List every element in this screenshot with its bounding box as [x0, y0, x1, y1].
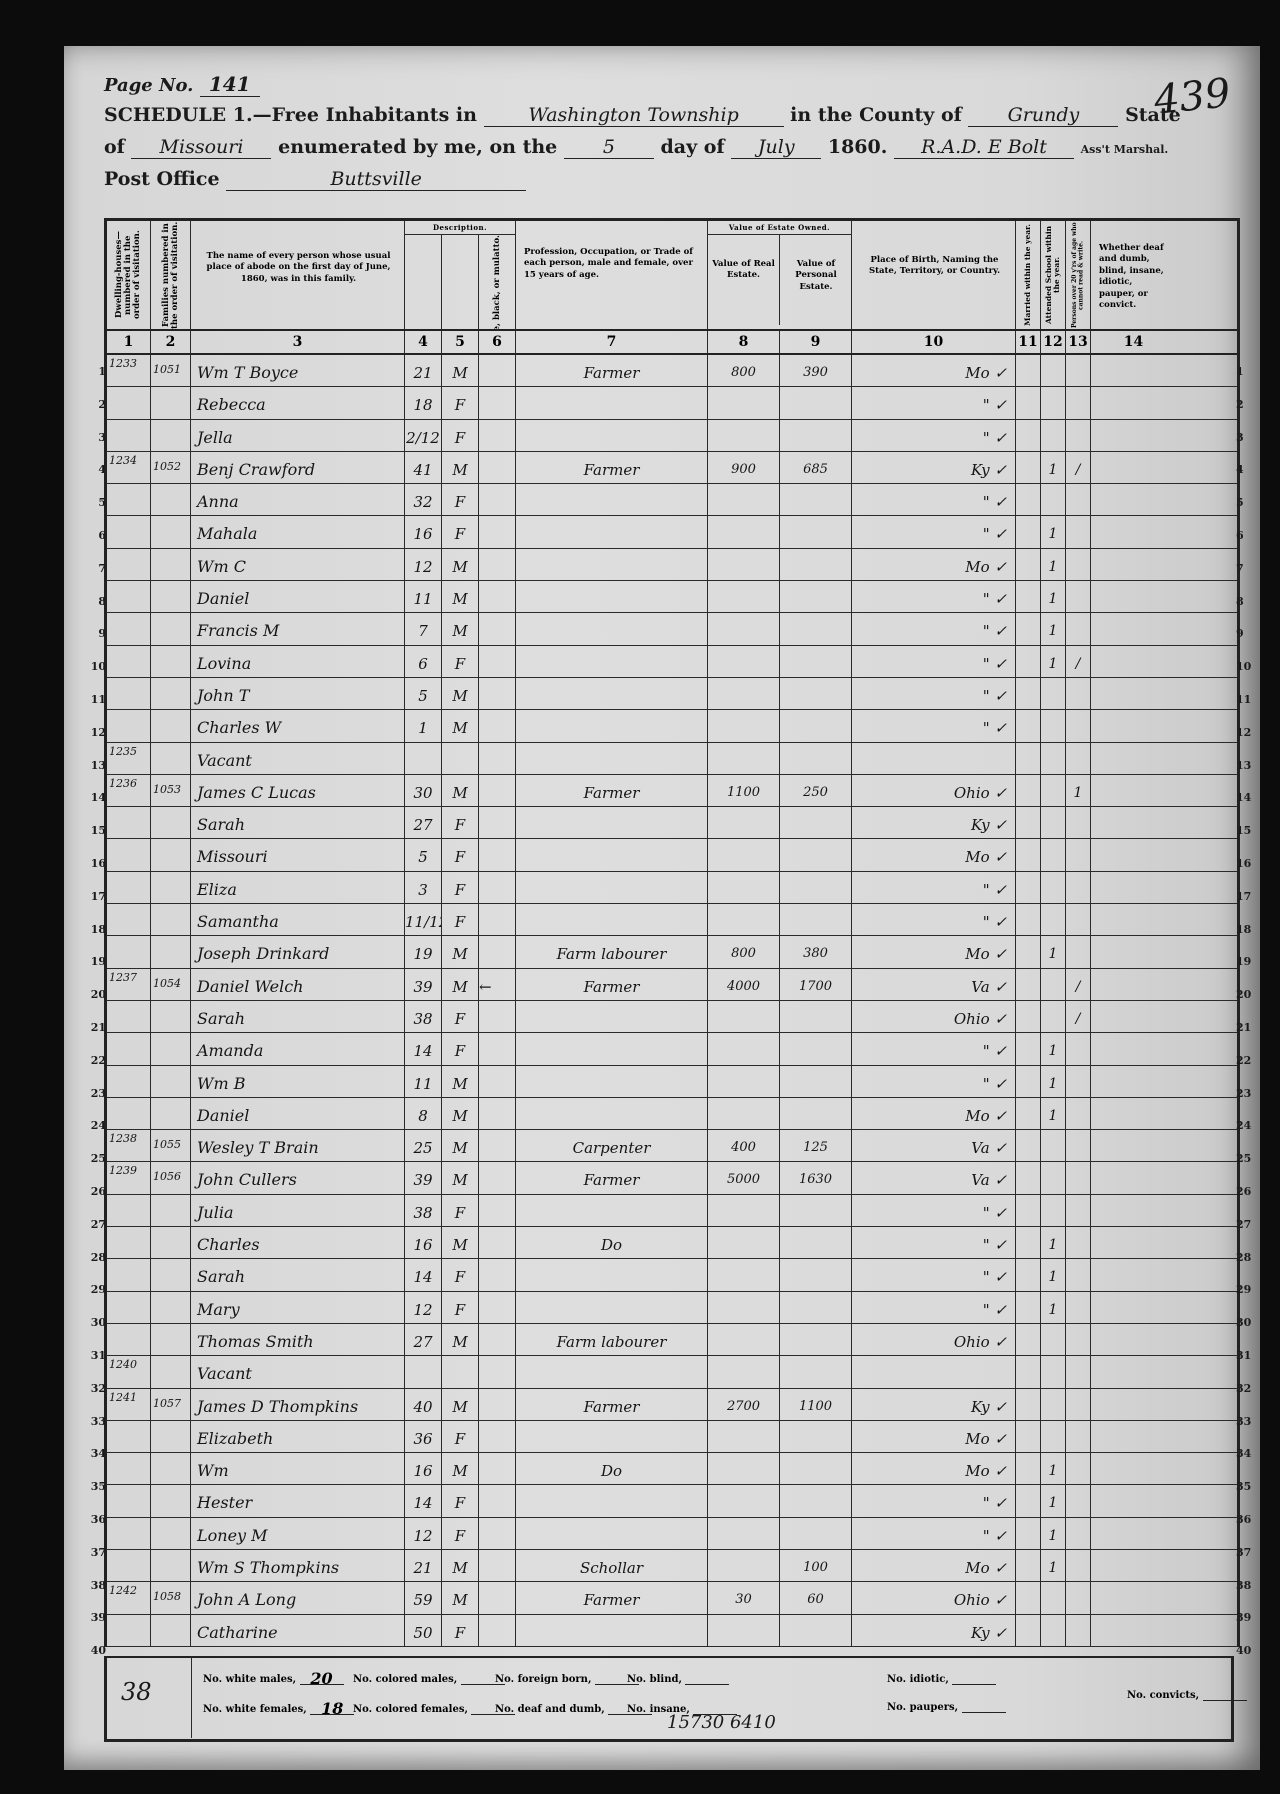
sex: M: [442, 549, 479, 580]
person-name: Vacant: [191, 1356, 405, 1387]
dwelling-number: 1234: [107, 452, 151, 483]
place-of-birth: Mo ✓: [852, 1453, 1016, 1484]
place-of-birth: " ✓: [852, 646, 1016, 677]
line-number: 34: [1236, 1447, 1258, 1460]
occupation: [516, 1098, 708, 1129]
occupation: [516, 420, 708, 451]
real-estate-value: [708, 646, 780, 677]
age: 11/12: [405, 904, 442, 935]
dwelling-number: 1237: [107, 969, 151, 1000]
attended-school: 1: [1041, 452, 1066, 483]
color: [479, 1582, 516, 1613]
occupation: [516, 1001, 708, 1032]
col-header-7: Profession, Occupation, or Trade of each…: [516, 221, 708, 329]
table-row: Catharine50FKy ✓: [107, 1615, 1237, 1647]
age: 14: [405, 1259, 442, 1290]
dwelling-number: [107, 1227, 151, 1258]
family-number: [151, 1098, 191, 1129]
attended-school: 1: [1041, 581, 1066, 612]
attended-school: 1: [1041, 1550, 1066, 1581]
occupation: Farm labourer: [516, 1324, 708, 1355]
cannot-read-write: [1066, 1162, 1091, 1193]
color: [479, 743, 516, 774]
line-number: 36: [84, 1513, 106, 1526]
table-row: Eliza3F" ✓: [107, 872, 1237, 904]
occupation: [516, 646, 708, 677]
infirmity: [1091, 387, 1176, 418]
color: [479, 1033, 516, 1064]
sex: F: [442, 1485, 479, 1516]
cannot-read-write: [1066, 355, 1091, 386]
place-of-birth: Ohio ✓: [852, 1001, 1016, 1032]
table-row: 12331051Wm T Boyce21MFarmer800390Mo ✓: [107, 355, 1237, 387]
color: [479, 1098, 516, 1129]
place-of-birth: " ✓: [852, 1033, 1016, 1064]
dwelling-number: [107, 1615, 151, 1646]
col-header-5: Sex.: [442, 235, 479, 329]
occupation: [516, 678, 708, 709]
occupation: [516, 710, 708, 741]
person-name: Mahala: [191, 516, 405, 547]
line-number: 33: [84, 1415, 106, 1428]
occupation: Farmer: [516, 775, 708, 806]
infirmity: [1091, 936, 1176, 967]
personal-estate-value: [780, 581, 852, 612]
personal-estate-value: [780, 516, 852, 547]
cannot-read-write: /: [1066, 969, 1091, 1000]
place-of-birth: " ✓: [852, 516, 1016, 547]
line-number: 37: [1236, 1546, 1258, 1559]
cannot-read-write: [1066, 1389, 1091, 1420]
sex: F: [442, 1259, 479, 1290]
cannot-read-write: [1066, 1356, 1091, 1387]
color: [479, 1001, 516, 1032]
line-number: 1: [84, 365, 106, 378]
line-number: 21: [84, 1021, 106, 1034]
family-number: [151, 1259, 191, 1290]
real-estate-value: [708, 872, 780, 903]
cannot-read-write: /: [1066, 646, 1091, 677]
person-name: Hester: [191, 1485, 405, 1516]
attended-school: 1: [1041, 1098, 1066, 1129]
place-of-birth: " ✓: [852, 1259, 1016, 1290]
line-number: 28: [84, 1251, 106, 1264]
col-header-10: Place of Birth, Naming the State, Territ…: [852, 221, 1016, 329]
cannot-read-write: [1066, 678, 1091, 709]
occupation: Schollar: [516, 1550, 708, 1581]
cannot-read-write: [1066, 1582, 1091, 1613]
infirmity: [1091, 710, 1176, 741]
age: 38: [405, 1001, 442, 1032]
line-number: 18: [1236, 923, 1258, 936]
line-number: 34: [84, 1447, 106, 1460]
attended-school: [1041, 775, 1066, 806]
real-estate-value: [708, 1453, 780, 1484]
attended-school: [1041, 355, 1066, 386]
family-number: [151, 581, 191, 612]
attended-school: [1041, 1324, 1066, 1355]
color: [479, 1227, 516, 1258]
line-number: 32: [1236, 1382, 1258, 1395]
personal-estate-value: [780, 1615, 852, 1646]
person-name: Catharine: [191, 1615, 405, 1646]
attended-school: [1041, 1421, 1066, 1452]
infirmity: [1091, 1518, 1176, 1549]
family-number: [151, 872, 191, 903]
personal-estate-value: [780, 1518, 852, 1549]
infirmity: [1091, 1324, 1176, 1355]
attended-school: [1041, 420, 1066, 451]
line-number: 9: [84, 627, 106, 640]
color: [479, 549, 516, 580]
age: 16: [405, 1453, 442, 1484]
dwelling-number: 1241: [107, 1389, 151, 1420]
place-of-birth: Ohio ✓: [852, 775, 1016, 806]
line-number: 31: [1236, 1349, 1258, 1362]
attended-school: [1041, 743, 1066, 774]
occupation: [516, 807, 708, 838]
table-row: Missouri5FMo ✓: [107, 839, 1237, 871]
age: 32: [405, 484, 442, 515]
person-name: John A Long: [191, 1582, 405, 1613]
cannot-read-write: [1066, 1098, 1091, 1129]
married-within-year: [1016, 1324, 1041, 1355]
real-estate-value: [708, 1195, 780, 1226]
infirmity: [1091, 1582, 1176, 1613]
cannot-read-write: [1066, 1259, 1091, 1290]
sex: M: [442, 452, 479, 483]
age: 27: [405, 807, 442, 838]
color: [479, 1162, 516, 1193]
personal-estate-value: [780, 387, 852, 418]
occupation: Farmer: [516, 355, 708, 386]
table-row: 12341052Benj Crawford41MFarmer900685Ky ✓…: [107, 452, 1237, 484]
person-name: Mary: [191, 1292, 405, 1323]
dwelling-number: [107, 1421, 151, 1452]
table-body: 12331051Wm T Boyce21MFarmer800390Mo ✓Reb…: [107, 355, 1237, 1647]
cannot-read-write: [1066, 613, 1091, 644]
person-name: John T: [191, 678, 405, 709]
infirmity: [1091, 1389, 1176, 1420]
occupation: [516, 1421, 708, 1452]
married-within-year: [1016, 613, 1041, 644]
census-page: Page No. 141 439 SCHEDULE 1.—Free Inhabi…: [64, 46, 1260, 1770]
real-estate-value: [708, 1292, 780, 1323]
occupation: [516, 1356, 708, 1387]
table-row: Wm C12MMo ✓1: [107, 549, 1237, 581]
person-name: Sarah: [191, 1259, 405, 1290]
attended-school: [1041, 1162, 1066, 1193]
infirmity: [1091, 1421, 1176, 1452]
place-of-birth: Mo ✓: [852, 839, 1016, 870]
table-row: Joseph Drinkard19MFarm labourer800380Mo …: [107, 936, 1237, 968]
line-number: 22: [84, 1054, 106, 1067]
cannot-read-write: [1066, 581, 1091, 612]
personal-estate-value: 250: [780, 775, 852, 806]
infirmity: [1091, 872, 1176, 903]
county-field: Grundy: [968, 104, 1118, 127]
married-within-year: [1016, 1066, 1041, 1097]
line-number: 38: [84, 1579, 106, 1592]
real-estate-value: [708, 484, 780, 515]
estate-group-header: Value of Estate Owned. Value of Real Est…: [708, 221, 852, 329]
age: 38: [405, 1195, 442, 1226]
infirmity: [1091, 1356, 1176, 1387]
age: 39: [405, 1162, 442, 1193]
color: [479, 839, 516, 870]
real-estate-value: 1100: [708, 775, 780, 806]
table-row: Loney M12F" ✓1: [107, 1518, 1237, 1550]
dwelling-number: [107, 839, 151, 870]
person-name: Wm: [191, 1453, 405, 1484]
personal-estate-value: 125: [780, 1130, 852, 1161]
family-number: [151, 1324, 191, 1355]
real-estate-value: 30: [708, 1582, 780, 1613]
line-number: 20: [1236, 988, 1258, 1001]
infirmity: [1091, 1033, 1176, 1064]
married-within-year: [1016, 710, 1041, 741]
personal-estate-value: [780, 1098, 852, 1129]
place-of-birth: Mo ✓: [852, 549, 1016, 580]
attended-school: 1: [1041, 1292, 1066, 1323]
real-estate-value: [708, 710, 780, 741]
place-of-birth: [852, 1356, 1016, 1387]
color: [479, 387, 516, 418]
table-row: Charles W1M" ✓: [107, 710, 1237, 742]
sex: F: [442, 387, 479, 418]
table-row: Jella2/12F" ✓: [107, 420, 1237, 452]
place-of-birth: [852, 743, 1016, 774]
color: [479, 1356, 516, 1387]
line-number: 24: [84, 1119, 106, 1132]
table-row: 1240Vacant: [107, 1356, 1237, 1388]
attended-school: [1041, 969, 1066, 1000]
table-row: Francis M7M" ✓1: [107, 613, 1237, 645]
line-number: 11: [84, 693, 106, 706]
personal-estate-value: [780, 1033, 852, 1064]
colored-females-count: No. colored females,: [353, 1704, 515, 1715]
person-name: Missouri: [191, 839, 405, 870]
line-number: 32: [84, 1382, 106, 1395]
line-number: 15: [1236, 824, 1258, 837]
table-row: Mary12F" ✓1: [107, 1292, 1237, 1324]
sex: F: [442, 1001, 479, 1032]
real-estate-value: [708, 1001, 780, 1032]
place-of-birth: Va ✓: [852, 969, 1016, 1000]
color: [479, 1453, 516, 1484]
real-estate-value: 5000: [708, 1162, 780, 1193]
person-name: Daniel: [191, 581, 405, 612]
table-row: Elizabeth36FMo ✓: [107, 1421, 1237, 1453]
attended-school: [1041, 1001, 1066, 1032]
attended-school: 1: [1041, 1066, 1066, 1097]
age: 11: [405, 1066, 442, 1097]
infirmity: [1091, 1098, 1176, 1129]
cannot-read-write: [1066, 1066, 1091, 1097]
table-row: Wm B11M" ✓1: [107, 1066, 1237, 1098]
family-number: [151, 936, 191, 967]
family-number: [151, 1033, 191, 1064]
cannot-read-write: [1066, 1550, 1091, 1581]
attended-school: [1041, 387, 1066, 418]
color: [479, 484, 516, 515]
person-name: Daniel: [191, 1098, 405, 1129]
color: [479, 1195, 516, 1226]
page-summary: 38 No. white males, 20 No. white females…: [104, 1656, 1234, 1742]
table-row: Wm S Thompkins21MSchollar100Mo ✓1: [107, 1550, 1237, 1582]
dwelling-number: [107, 936, 151, 967]
infirmity: [1091, 1001, 1176, 1032]
person-name: Wm S Thompkins: [191, 1550, 405, 1581]
married-within-year: [1016, 1001, 1041, 1032]
person-name: Francis M: [191, 613, 405, 644]
married-within-year: [1016, 1033, 1041, 1064]
table-row: Amanda14F" ✓1: [107, 1033, 1237, 1065]
color: ←: [479, 969, 516, 1000]
place-of-birth: Ky ✓: [852, 807, 1016, 838]
attended-school: 1: [1041, 1227, 1066, 1258]
table-row: Charles16MDo" ✓1: [107, 1227, 1237, 1259]
real-estate-value: [708, 1550, 780, 1581]
cannot-read-write: [1066, 807, 1091, 838]
schedule-title: SCHEDULE 1.—Free Inhabitants in: [104, 104, 477, 126]
married-within-year: [1016, 1195, 1041, 1226]
table-row: Sarah38FOhio ✓/: [107, 1001, 1237, 1033]
age: 59: [405, 1582, 442, 1613]
attended-school: [1041, 1389, 1066, 1420]
place-of-birth: " ✓: [852, 1518, 1016, 1549]
personal-estate-value: 60: [780, 1582, 852, 1613]
family-number: [151, 839, 191, 870]
occupation: [516, 1615, 708, 1646]
married-within-year: [1016, 549, 1041, 580]
cannot-read-write: [1066, 1195, 1091, 1226]
line-number: 30: [84, 1316, 106, 1329]
col-header-1: Dwelling-houses—numbered in the order of…: [107, 221, 151, 329]
age: 14: [405, 1485, 442, 1516]
line-number: 29: [84, 1283, 106, 1296]
attended-school: [1041, 839, 1066, 870]
line-number: 4: [1236, 463, 1258, 476]
occupation: [516, 516, 708, 547]
dwelling-number: 1239: [107, 1162, 151, 1193]
dwelling-number: [107, 484, 151, 515]
sex: M: [442, 1227, 479, 1258]
place-of-birth: " ✓: [852, 484, 1016, 515]
enumerated-label: enumerated by me, on the: [278, 136, 557, 158]
county-label: in the County of: [790, 104, 962, 126]
attended-school: [1041, 678, 1066, 709]
sex: M: [442, 1389, 479, 1420]
table-row: 12411057James D Thompkins40MFarmer270011…: [107, 1389, 1237, 1421]
real-estate-value: [708, 1066, 780, 1097]
age: 3: [405, 872, 442, 903]
table-row: 12371054Daniel Welch39M←Farmer40001700Va…: [107, 969, 1237, 1001]
sex: F: [442, 807, 479, 838]
real-estate-value: [708, 1098, 780, 1129]
personal-estate-value: [780, 613, 852, 644]
page-number: 141: [200, 72, 260, 97]
line-number: 6: [1236, 529, 1258, 542]
dwelling-number: [107, 1259, 151, 1290]
place-of-birth: " ✓: [852, 1195, 1016, 1226]
married-within-year: [1016, 872, 1041, 903]
table-row: Lovina6F" ✓1/: [107, 646, 1237, 678]
family-number: [151, 1615, 191, 1646]
color: [479, 1518, 516, 1549]
line-number: 25: [1236, 1152, 1258, 1165]
married-within-year: [1016, 1356, 1041, 1387]
place-of-birth: Mo ✓: [852, 1550, 1016, 1581]
personal-estate-value: 1630: [780, 1162, 852, 1193]
infirmity: [1091, 969, 1176, 1000]
color: [479, 807, 516, 838]
sex: M: [442, 1453, 479, 1484]
col-header-14: Whether deaf and dumb, blind, insane, id…: [1091, 221, 1176, 329]
cannot-read-write: [1066, 936, 1091, 967]
line-number: 9: [1236, 627, 1258, 640]
sex: F: [442, 1195, 479, 1226]
personal-estate-value: 380: [780, 936, 852, 967]
dwelling-number: [107, 1453, 151, 1484]
dwelling-number: 1238: [107, 1130, 151, 1161]
sex: [442, 743, 479, 774]
personal-estate-value: [780, 807, 852, 838]
infirmity: [1091, 516, 1176, 547]
occupation: [516, 484, 708, 515]
married-within-year: [1016, 1550, 1041, 1581]
married-within-year: [1016, 1389, 1041, 1420]
real-estate-value: 4000: [708, 969, 780, 1000]
line-number: 23: [84, 1087, 106, 1100]
color: [479, 1292, 516, 1323]
color: [479, 581, 516, 612]
line-number: 8: [84, 595, 106, 608]
line-number: 38: [1236, 1579, 1258, 1592]
person-name: Thomas Smith: [191, 1324, 405, 1355]
age: 2/12: [405, 420, 442, 451]
infirmity: [1091, 775, 1176, 806]
table-row: 12381055Wesley T Brain25MCarpenter400125…: [107, 1130, 1237, 1162]
family-number: [151, 1453, 191, 1484]
line-number: 7: [1236, 562, 1258, 575]
person-name: Samantha: [191, 904, 405, 935]
real-estate-value: [708, 1615, 780, 1646]
occupation: [516, 581, 708, 612]
occupation: [516, 613, 708, 644]
infirmity: [1091, 1292, 1176, 1323]
attended-school: [1041, 1582, 1066, 1613]
line-number: 13: [84, 759, 106, 772]
place-of-birth: " ✓: [852, 1292, 1016, 1323]
color: [479, 1389, 516, 1420]
married-within-year: [1016, 1098, 1041, 1129]
married-within-year: [1016, 387, 1041, 418]
day-of-label: day of: [661, 136, 725, 158]
age: 27: [405, 1324, 442, 1355]
married-within-year: [1016, 969, 1041, 1000]
age: 12: [405, 549, 442, 580]
family-number: [151, 743, 191, 774]
married-within-year: [1016, 936, 1041, 967]
person-name: Wm B: [191, 1066, 405, 1097]
color: [479, 420, 516, 451]
place-of-birth: Ohio ✓: [852, 1324, 1016, 1355]
personal-estate-value: [780, 1227, 852, 1258]
family-number: [151, 1227, 191, 1258]
color: [479, 1421, 516, 1452]
attended-school: [1041, 807, 1066, 838]
